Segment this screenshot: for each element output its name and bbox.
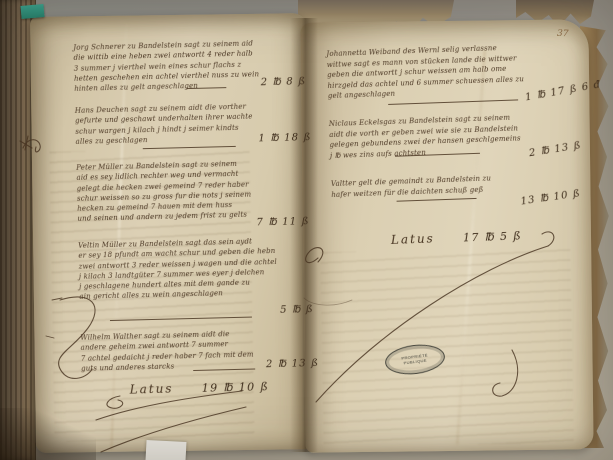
ledger-entry: Wilhelm Walther sagt zu seinem aidt die … xyxy=(80,327,309,374)
ink-bleedthrough-right xyxy=(320,248,573,447)
entry-amount: 2 ℔ 8 ß xyxy=(261,77,307,88)
left-page-text: Jorg Schnerer zu Bandelstein sagt zu sei… xyxy=(73,33,311,444)
entry-amount: 1 ℔ 18 ß xyxy=(258,133,311,145)
ledger-entry: Hans Deuchen sagt zu seinem aidt die vor… xyxy=(75,100,304,147)
ledger-entry: Valtter gelt die gemaindt zu Bandelstein… xyxy=(331,171,562,200)
latus-amount: 19 ℔ 10 ß xyxy=(202,380,270,395)
stamp-text-line: PUBLIQUE xyxy=(403,358,427,366)
latus-sum-line: Latus 17 ℔ 5 ß xyxy=(391,230,522,247)
right-page-text: Johannetta Weiband des Wernl selig verla… xyxy=(326,36,564,274)
latus-sum-line: Latus 19 ℔ 10 ß xyxy=(130,381,270,397)
folio-number: 37 xyxy=(557,29,569,40)
ledger-entry: Peter Müller zu Bandelstein sagt zu sein… xyxy=(76,157,305,224)
ledger-entry: Jorg Schnerer zu Bandelstein sagt zu sei… xyxy=(73,37,302,94)
latus-amount: 17 ℔ 5 ß xyxy=(463,229,522,244)
entry-amount: 5 ℔ ß xyxy=(280,305,314,316)
entry-amount: 2 ℔ 13 ß xyxy=(266,359,319,371)
manuscript-photo: Jorg Schnerer zu Bandelstein sagt zu sei… xyxy=(0,0,613,460)
entry-amount: 7 ℔ 11 ß xyxy=(256,217,309,229)
fill-rule-line xyxy=(397,198,477,202)
fill-rule-line xyxy=(388,99,518,105)
fill-rule-line xyxy=(143,146,236,149)
green-bookmark-ribbon xyxy=(20,4,44,19)
fill-rule-line xyxy=(110,317,252,321)
latus-label: Latus xyxy=(129,381,173,396)
ledger-entry: Veltin Müller zu Bandelstein sagt das se… xyxy=(78,235,307,302)
latus-label: Latus xyxy=(391,231,435,247)
ledger-entry: Johannetta Weiband des Wernl selig verla… xyxy=(326,41,558,102)
